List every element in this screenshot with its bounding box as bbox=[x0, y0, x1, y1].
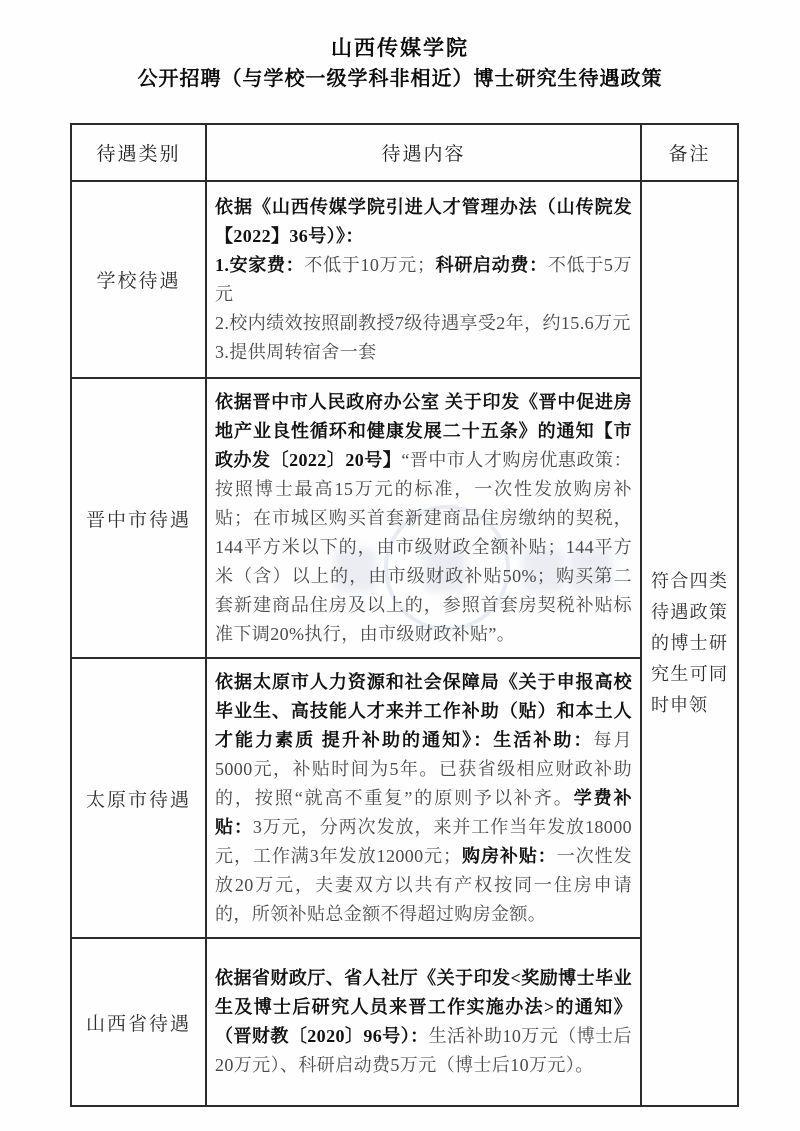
remark-cell: 符合四类待遇政策的博士研究生可同时申领 bbox=[641, 181, 738, 1106]
content-cell: 依据省财政厅、省人社厅《关于印发<奖励博士毕业生及博士后研究人员来晋工作实施办法… bbox=[206, 938, 641, 1106]
content-segment: 3.提供周转宿舍一套 bbox=[215, 342, 377, 362]
content-segment: “晋中市人才购房优惠政策：按照博士最高15万元的标准，一次性发放购房补贴；在市城… bbox=[215, 450, 632, 644]
content-cell: 依据太原市人力资源和社会保障局《关于申报高校毕业生、高技能人才来并工作补助（贴）… bbox=[206, 658, 641, 938]
header-cell-category: 待遇类别 bbox=[71, 124, 206, 181]
page-title: 山西传媒学院 bbox=[0, 33, 800, 64]
title-block: 山西传媒学院 公开招聘（与学校一级学科非相近）博士研究生待遇政策 bbox=[0, 0, 800, 94]
table-row: 晋中市待遇依据晋中市人民政府办公室 关于印发《晋中促进房地产业良性循环和健康发展… bbox=[71, 378, 738, 658]
table-row: 太原市待遇依据太原市人力资源和社会保障局《关于申报高校毕业生、高技能人才来并工作… bbox=[71, 658, 738, 938]
header-cell-remark: 备注 bbox=[641, 124, 738, 181]
table-row: 学校待遇依据《山西传媒学院引进人才管理办法（山传院发【2022】36号）》： 1… bbox=[71, 181, 738, 378]
header-cell-content: 待遇内容 bbox=[206, 124, 641, 181]
category-cell: 晋中市待遇 bbox=[71, 378, 206, 658]
content-segment-bold: 1.安家费： bbox=[215, 255, 304, 275]
page-subtitle: 公开招聘（与学校一级学科非相近）博士研究生待遇政策 bbox=[0, 64, 800, 94]
header-row: 待遇类别 待遇内容 备注 bbox=[71, 124, 738, 181]
category-cell: 山西省待遇 bbox=[71, 938, 206, 1106]
category-cell: 太原市待遇 bbox=[71, 658, 206, 938]
content-segment-bold: 生活补助： bbox=[493, 730, 593, 750]
content-cell: 依据《山西传媒学院引进人才管理办法（山传院发【2022】36号）》： 1.安家费… bbox=[206, 181, 641, 378]
content-cell: 依据晋中市人民政府办公室 关于印发《晋中促进房地产业良性循环和健康发展二十五条》… bbox=[206, 378, 641, 658]
content-segment-bold: 依据《山西传媒学院引进人才管理办法（山传院发【2022】36号）》： bbox=[215, 197, 632, 246]
content-segment: 不低于10万元； bbox=[304, 255, 435, 275]
content-segment: 2.校内绩效按照副教授7级待遇享受2年，约15.6万元 bbox=[215, 313, 631, 333]
benefits-table: 待遇类别 待遇内容 备注 学校待遇依据《山西传媒学院引进人才管理办法（山传院发【… bbox=[70, 123, 739, 1107]
content-segment-bold: 科研启动费： bbox=[435, 255, 547, 275]
document-page: 山西传媒学院 公开招聘（与学校一级学科非相近）博士研究生待遇政策 待遇类别 待遇… bbox=[0, 0, 800, 1131]
table-row: 山西省待遇依据省财政厅、省人社厅《关于印发<奖励博士毕业生及博士后研究人员来晋工… bbox=[71, 938, 738, 1106]
category-cell: 学校待遇 bbox=[71, 181, 206, 378]
content-segment-bold: 购房补贴： bbox=[461, 846, 556, 866]
